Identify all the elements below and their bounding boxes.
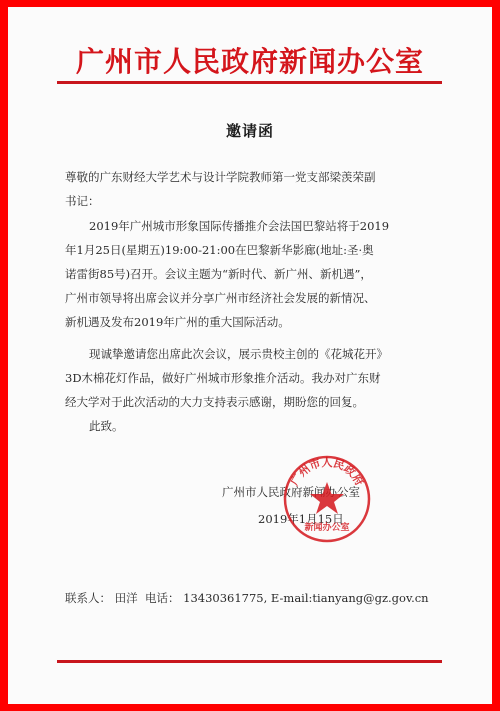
phone-label: 电话： [145,591,180,605]
closing: 此致。 [89,414,469,438]
para1-line-1: 2019年广州城市形象国际传播推介会法国巴黎站将于2019 [89,214,469,238]
letterhead-rule [57,81,442,84]
salutation-line-1: 尊敬的广东财经大学艺术与设计学院教师第一党支部梁羡荣副 [65,165,445,189]
star-icon [310,482,344,514]
para1-line-4: 广州市领导将出席会议并分享广州市经济社会发展的新情况、 [65,286,445,310]
para2-line-2: 3D木棉花灯作品，做好广州城市形象推介活动。我办对广东财 [65,366,445,390]
phone-number: 13430361775, [183,591,267,605]
para2-line-3: 经大学对于此次活动的大力支持表示感谢，期盼您的回复。 [65,390,445,414]
contact-label: 联系人： [65,591,111,605]
para1-line-5: 新机遇及发布2019年广州的重大国际活动。 [65,310,445,334]
email-address: E-mail:tianyang@gz.gov.cn [271,591,429,605]
para1-line-3: 诺雷街85号)召开。会议主题为“新时代、新广州、新机遇”， [65,262,445,286]
document-title: 邀请函 [0,120,500,141]
para1-line-2: 年1月25日(星期五)19:00-21:00在巴黎新华影廊(地址:圣·奥 [65,238,445,262]
svg-text:新闻办公室: 新闻办公室 [304,521,349,533]
contact-line: 联系人： 田洋 电话： 13430361775, E-mail:tianyang… [65,590,429,606]
contact-name: 田洋 [115,591,138,605]
letterhead-org-name: 广州市人民政府新闻办公室 [60,40,440,80]
official-seal-icon: 广州市人民政府 新闻办公室 [282,454,372,544]
salutation-line-2: 书记： [65,189,445,213]
para2-line-1: 现诚挚邀请您出席此次会议，展示贵校主创的《花城花开》 [89,342,469,366]
footer-rule [57,660,442,663]
